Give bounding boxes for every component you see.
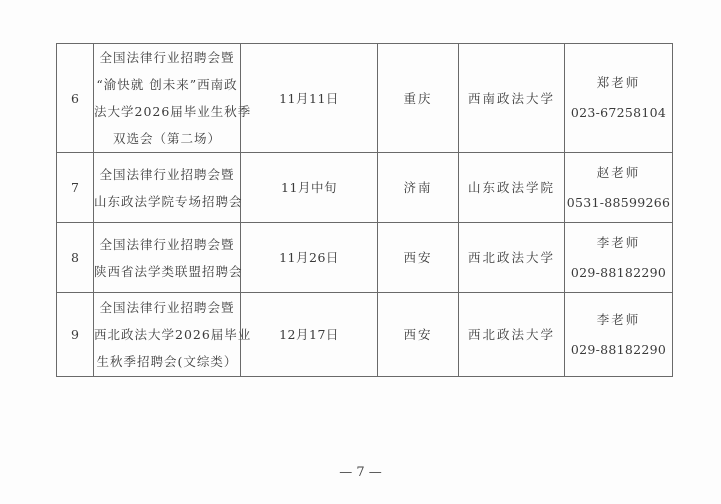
event-date: 11月中旬 [241,153,378,223]
contact-name: 郑老师 [565,68,672,98]
table-row: 6 全国法律行业招聘会暨 “渝快就 创未来”西南政 法大学2026届毕业生秋季 … [57,44,673,153]
event-city: 济南 [378,153,459,223]
host-institution: 西北政法大学 [459,293,565,377]
contact-phone: 029-88182290 [565,335,672,365]
host-institution: 西南政法大学 [459,44,565,153]
page-number: — 7 — [0,465,721,480]
event-name-cell: 全国法律行业招聘会暨 西北政法大学2026届毕业 生秋季招聘会(文综类） [94,293,241,377]
event-city: 重庆 [378,44,459,153]
row-number: 9 [57,293,94,377]
table-row: 9 全国法律行业招聘会暨 西北政法大学2026届毕业 生秋季招聘会(文综类） 1… [57,293,673,377]
host-institution: 西北政法大学 [459,223,565,293]
event-name-line: 全国法律行业招聘会暨 [94,44,240,71]
host-institution: 山东政法学院 [459,153,565,223]
event-name-line: 双选会（第二场） [94,125,240,152]
event-name-line: 全国法律行业招聘会暨 [94,231,240,258]
event-name-line: 山东政法学院专场招聘会 [94,188,240,215]
table-row: 8 全国法律行业招聘会暨 陕西省法学类联盟招聘会 11月26日 西安 西北政法大… [57,223,673,293]
contact-name: 赵老师 [565,158,672,188]
event-name-line: 西北政法大学2026届毕业 [94,321,240,348]
document-page: 6 全国法律行业招聘会暨 “渝快就 创未来”西南政 法大学2026届毕业生秋季 … [0,0,721,504]
event-name-cell: 全国法律行业招聘会暨 陕西省法学类联盟招聘会 [94,223,241,293]
contact-cell: 郑老师 023-67258104 [565,44,673,153]
contact-cell: 赵老师 0531-88599266 [565,153,673,223]
row-number: 6 [57,44,94,153]
row-number: 7 [57,153,94,223]
contact-cell: 李老师 029-88182290 [565,223,673,293]
contact-phone: 023-67258104 [565,98,672,128]
event-city: 西安 [378,293,459,377]
event-name-cell: 全国法律行业招聘会暨 “渝快就 创未来”西南政 法大学2026届毕业生秋季 双选… [94,44,241,153]
contact-cell: 李老师 029-88182290 [565,293,673,377]
recruitment-schedule-table: 6 全国法律行业招聘会暨 “渝快就 创未来”西南政 法大学2026届毕业生秋季 … [56,43,673,377]
event-name-line: 全国法律行业招聘会暨 [94,161,240,188]
event-date: 11月26日 [241,223,378,293]
event-name-line: 全国法律行业招聘会暨 [94,294,240,321]
event-name-line: 陕西省法学类联盟招聘会 [94,258,240,285]
contact-phone: 029-88182290 [565,258,672,288]
event-name-line: 法大学2026届毕业生秋季 [94,98,240,125]
contact-phone: 0531-88599266 [565,188,672,218]
event-name-line: “渝快就 创未来”西南政 [94,71,240,98]
contact-name: 李老师 [565,305,672,335]
event-city: 西安 [378,223,459,293]
event-name-line: 生秋季招聘会(文综类） [94,348,240,375]
table-row: 7 全国法律行业招聘会暨 山东政法学院专场招聘会 11月中旬 济南 山东政法学院… [57,153,673,223]
event-date: 12月17日 [241,293,378,377]
row-number: 8 [57,223,94,293]
event-name-cell: 全国法律行业招聘会暨 山东政法学院专场招聘会 [94,153,241,223]
contact-name: 李老师 [565,228,672,258]
event-date: 11月11日 [241,44,378,153]
